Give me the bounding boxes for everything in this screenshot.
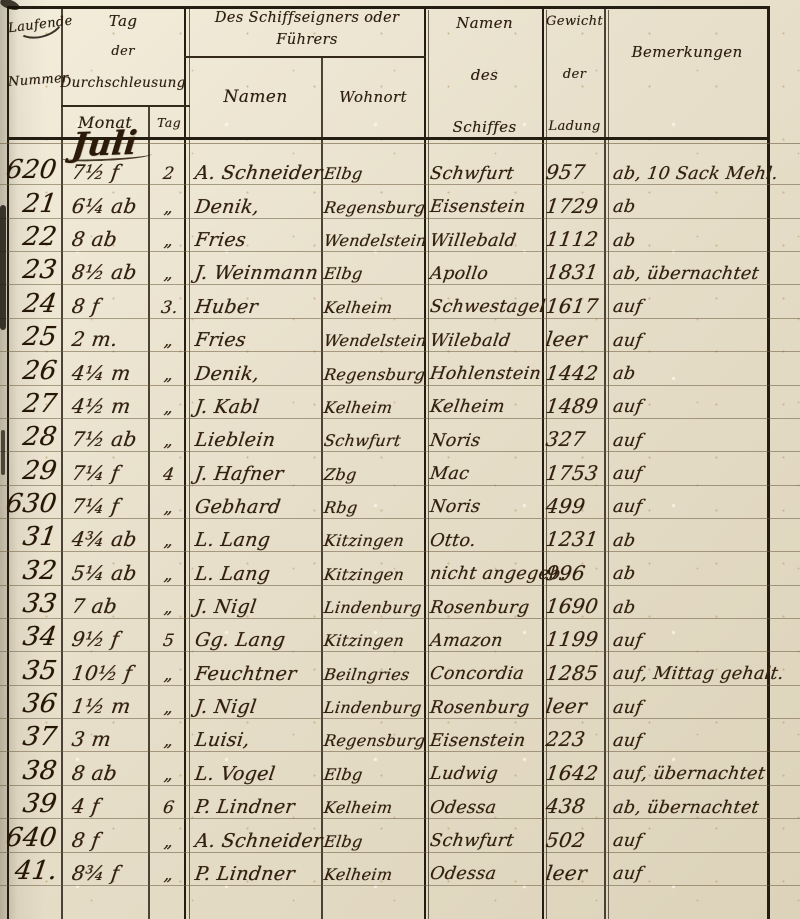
row-number: 24 — [21, 291, 58, 317]
row-time: 5¼ ab — [71, 563, 139, 583]
row-ship-name: Kelheim — [429, 399, 506, 417]
row-day: „ — [163, 500, 174, 517]
row-ship-name: Rosenburg — [429, 700, 531, 718]
row-time: 9½ f — [71, 629, 121, 649]
row-time: 1½ m — [71, 696, 132, 716]
row-ship-name: Noris — [429, 433, 482, 451]
table-row: 32 5¼ ab „ L. Lang Kitzingen nicht angeg… — [0, 552, 800, 585]
header-text: Gewicht — [546, 14, 603, 29]
row-owner-residence: Kelheim — [323, 400, 394, 416]
row-owner-residence: Regensburg — [323, 200, 426, 216]
header-owner-name: Namen — [190, 58, 321, 136]
header-text: Tag — [157, 115, 181, 130]
row-day: „ — [163, 266, 174, 283]
header-text: des — [471, 66, 498, 84]
row-ship-name: Ludwig — [429, 766, 499, 784]
row-cargo-weight: 499 — [545, 496, 587, 516]
row-cargo-weight: leer — [545, 696, 589, 716]
binding-shadow — [0, 205, 6, 330]
row-cargo-weight: 1642 — [545, 763, 600, 783]
row-time: 8 ab — [71, 763, 119, 783]
row-remark: auf — [612, 499, 644, 517]
row-time: 4¼ m — [71, 363, 132, 383]
row-number: 41. — [13, 858, 59, 884]
row-owner-residence: Elbg — [323, 266, 364, 282]
row-ship-name: Hohlenstein — [429, 366, 542, 384]
row-time: 4¾ ab — [71, 529, 139, 549]
header-text: Bemerkungen — [631, 43, 742, 61]
row-day: „ — [163, 600, 174, 617]
row-time: 7¼ f — [71, 496, 121, 516]
row-ship-name: Otto. — [429, 533, 477, 551]
header-day: Tag — [148, 106, 190, 138]
table-row: 28 7½ ab „ Lieblein Schwfurt Noris 327 a… — [0, 419, 800, 452]
row-remark: auf — [612, 433, 644, 451]
row-ship-name: Schwestagel — [429, 299, 547, 317]
table-row: 24 8 f 3. Huber Kelheim Schwestagel 1617… — [0, 285, 800, 318]
row-remark: auf, Mittag gehalt. — [612, 666, 785, 684]
row-owner-residence: Kelheim — [323, 800, 394, 816]
row-number: 29 — [21, 458, 58, 484]
row-day: 2 — [162, 166, 176, 183]
row-cargo-weight: 223 — [545, 729, 587, 749]
row-owner-name: P. Lindner — [194, 798, 296, 817]
grid-line — [7, 6, 769, 9]
row-remark: auf — [612, 633, 644, 651]
row-ship-name: Odessa — [429, 800, 498, 818]
row-owner-name: Gebhard — [194, 498, 282, 517]
header-text: Ladung — [548, 119, 600, 134]
row-owner-name: Huber — [194, 298, 259, 317]
row-owner-name: Lieblein — [194, 431, 277, 450]
table-row: 38 8 ab „ L. Vogel Elbg Ludwig 1642 auf,… — [0, 752, 800, 785]
row-owner-name: J. Kabl — [194, 398, 261, 417]
row-time: 8¾ f — [71, 863, 121, 883]
header-lock-passage-day: Tag der Durchschleusung — [62, 12, 184, 91]
row-day: „ — [163, 700, 174, 717]
row-owner-name: Fries — [194, 231, 248, 250]
row-ship-name: Schwfurt — [429, 833, 515, 851]
row-cargo-weight: 1753 — [545, 463, 600, 483]
row-day: 5 — [162, 633, 176, 650]
row-ship-name: Odessa — [429, 866, 498, 884]
row-owner-residence: Kelheim — [323, 867, 394, 883]
row-ship-name: Concordia — [429, 666, 525, 684]
row-owner-name: L. Lang — [194, 565, 272, 584]
row-remark: auf — [612, 866, 644, 884]
row-cargo-weight: 1199 — [545, 629, 600, 649]
row-day: „ — [163, 834, 174, 851]
row-remark: auf — [612, 299, 644, 317]
row-ship-name: Willebald — [429, 233, 517, 251]
row-cargo-weight: 1231 — [545, 529, 600, 549]
row-ship-name: Mac — [429, 466, 471, 484]
row-day: „ — [163, 667, 174, 684]
table-row: 21 6¼ ab „ Denik, Regensburg Eisenstein … — [0, 185, 800, 218]
row-number: 28 — [21, 424, 58, 450]
row-time: 8 f — [71, 296, 101, 316]
row-owner-name: Feuchtner — [194, 665, 298, 684]
row-ship-name: Rosenburg — [429, 600, 531, 618]
row-number: 21 — [21, 191, 58, 217]
row-day: „ — [163, 733, 174, 750]
row-ship-name: Eisenstein — [429, 733, 527, 751]
header-cargo-weight: Gewicht der Ladung — [544, 14, 605, 134]
table-row: 31 4¾ ab „ L. Lang Kitzingen Otto. 1231 … — [0, 519, 800, 552]
table-row: 41. 8¾ f „ P. Lindner Kelheim Odessa lee… — [0, 853, 800, 886]
row-number: 36 — [21, 691, 58, 717]
row-ship-name: Apollo — [429, 266, 489, 284]
header-remarks: Bemerkungen — [606, 34, 768, 70]
table-row: 39 4 f 6 P. Lindner Kelheim Odessa 438 a… — [0, 786, 800, 819]
row-number: 22 — [21, 224, 58, 250]
row-owner-residence: Elbg — [323, 166, 364, 182]
row-owner-name: P. Lindner — [194, 865, 296, 884]
row-day: 4 — [162, 467, 176, 484]
row-day: „ — [163, 567, 174, 584]
row-remark: ab, 10 Sack Mehl. — [612, 166, 779, 184]
header-text: Führers — [190, 32, 424, 48]
row-number: 620 — [5, 157, 59, 183]
row-time: 7 ab — [71, 596, 119, 616]
row-time: 10½ f — [71, 663, 134, 683]
row-remark: auf — [612, 399, 644, 417]
row-number: 39 — [21, 791, 58, 817]
header-text: Nummer — [8, 71, 62, 90]
table-row: 33 7 ab „ J. Nigl Lindenburg Rosenburg 1… — [0, 586, 800, 619]
row-remark: auf — [612, 700, 644, 718]
header-text: Namen — [456, 14, 513, 32]
table-row: 26 4¼ m „ Denik, Regensburg Hohlenstein … — [0, 352, 800, 385]
row-owner-residence: Regensburg — [323, 367, 426, 383]
row-owner-residence: Lindenburg — [323, 600, 423, 616]
row-day: „ — [163, 433, 174, 450]
row-time: 8½ ab — [71, 262, 139, 282]
row-number: 38 — [21, 758, 58, 784]
row-cargo-weight: 1617 — [545, 296, 600, 316]
row-owner-name: Fries — [194, 331, 248, 350]
row-remark: ab, übernachtet — [612, 800, 760, 818]
row-owner-name: A. Schneider — [194, 832, 324, 851]
row-number: 34 — [21, 624, 58, 650]
table-row: 37 3 m „ Luisi, Regensburg Eisenstein 22… — [0, 719, 800, 752]
row-owner-name: L. Lang — [194, 531, 272, 550]
row-owner-name: J. Nigl — [194, 598, 258, 617]
row-time: 8 f — [71, 830, 101, 850]
row-ship-name: Noris — [429, 499, 482, 517]
row-owner-residence: Regensburg — [323, 733, 426, 749]
table-row: 630 7¼ f „ Gebhard Rbg Noris 499 auf — [0, 486, 800, 519]
row-day: „ — [163, 200, 174, 217]
row-cargo-weight: 1729 — [545, 196, 600, 216]
row-remark: auf — [612, 333, 644, 351]
row-remark: ab — [612, 199, 637, 217]
row-remark: auf — [612, 466, 644, 484]
row-day: 6 — [162, 800, 176, 817]
row-time: 7½ f — [71, 162, 121, 182]
row-owner-name: Denik, — [194, 198, 261, 217]
header-text: Des Schiffseigners oder — [190, 10, 424, 26]
row-cargo-weight: 1442 — [545, 363, 600, 383]
month-label: Juli — [70, 123, 139, 164]
row-time: 6¼ ab — [71, 196, 139, 216]
row-cargo-weight: 1112 — [545, 229, 600, 249]
row-cargo-weight: 327 — [545, 429, 587, 449]
row-number: 26 — [21, 358, 58, 384]
row-cargo-weight: 1285 — [545, 663, 600, 683]
table-row: 27 4½ m „ J. Kabl Kelheim Kelheim 1489 a… — [0, 386, 800, 419]
table-row: 34 9½ f 5 Gg. Lang Kitzingen Amazon 1199… — [0, 619, 800, 652]
row-time: 2 m. — [71, 329, 119, 349]
row-day: 3. — [159, 300, 178, 317]
row-owner-residence: Beilngries — [323, 667, 411, 683]
table-row: 29 7¼ f 4 J. Hafner Zbg Mac 1753 auf — [0, 452, 800, 485]
row-ship-name: Schwfurt — [429, 166, 515, 184]
row-cargo-weight: 1489 — [545, 396, 600, 416]
row-cargo-weight: 502 — [545, 830, 587, 850]
row-owner-residence: Lindenburg — [323, 700, 423, 716]
row-number: 23 — [21, 257, 58, 283]
row-time: 4½ m — [71, 396, 132, 416]
row-day: „ — [163, 233, 174, 250]
row-remark: auf — [612, 733, 644, 751]
row-number: 32 — [21, 558, 58, 584]
ledger-page: Laufende Nummer Tag der Durchschleusung … — [0, 0, 800, 919]
row-owner-residence: Elbg — [323, 767, 364, 783]
row-owner-name: A. Schneider — [194, 164, 324, 183]
row-owner-residence: Wendelstein — [323, 333, 428, 349]
row-cargo-weight: 1831 — [545, 262, 600, 282]
row-owner-name: L. Vogel — [194, 765, 277, 784]
row-remark: ab — [612, 366, 637, 384]
row-owner-residence: Wendelstein — [323, 233, 428, 249]
header-text: Wohnort — [339, 88, 407, 106]
row-cargo-weight: 996 — [545, 563, 587, 583]
row-day: „ — [163, 533, 174, 550]
row-cargo-weight: 957 — [545, 162, 587, 182]
row-remark: ab — [612, 533, 637, 551]
row-number: 31 — [21, 524, 58, 550]
header-owner-residence: Wohnort — [321, 58, 425, 136]
row-remark: ab — [612, 233, 637, 251]
row-number: 630 — [5, 491, 59, 517]
binding-shadow — [1, 430, 5, 475]
row-day: „ — [163, 400, 174, 417]
row-owner-residence: Rbg — [323, 500, 359, 516]
row-remark: ab — [612, 600, 637, 618]
row-ship-name: Wilebald — [429, 333, 512, 351]
row-day: „ — [163, 867, 174, 884]
header-text: Durchschleusung — [60, 75, 185, 91]
header-text: Schiffes — [452, 118, 516, 136]
row-time: 8 ab — [71, 229, 119, 249]
table-row: 23 8½ ab „ J. Weinmann Elbg Apollo 1831 … — [0, 252, 800, 285]
row-remark: ab — [612, 566, 637, 584]
row-time: 7¼ f — [71, 463, 121, 483]
row-day: „ — [163, 333, 174, 350]
row-cargo-weight: 1690 — [545, 596, 600, 616]
row-owner-name: Denik, — [194, 365, 261, 384]
row-number: 35 — [21, 658, 58, 684]
row-owner-name: J. Weinmann — [194, 264, 320, 283]
table-row: 22 8 ab „ Fries Wendelstein Willebald 11… — [0, 219, 800, 252]
table-row: 36 1½ m „ J. Nigl Lindenburg Rosenburg l… — [0, 686, 800, 719]
ledger-rows: 620 7½ f 2 A. Schneider Elbg Schwfurt 95… — [0, 152, 800, 886]
row-owner-name: Luisi, — [194, 731, 251, 750]
header-text: Tag — [109, 12, 138, 30]
row-ship-name: Amazon — [429, 633, 504, 651]
row-owner-residence: Kitzingen — [323, 567, 405, 583]
row-day: „ — [163, 767, 174, 784]
row-number: 37 — [21, 724, 58, 750]
header-text: der — [111, 44, 134, 59]
row-time: 3 m — [71, 729, 113, 749]
row-owner-residence: Elbg — [323, 834, 364, 850]
row-number: 33 — [21, 591, 58, 617]
row-owner-residence: Kitzingen — [323, 633, 405, 649]
table-row: 35 10½ f „ Feuchtner Beilngries Concordi… — [0, 652, 800, 685]
row-remark: auf, übernachtet — [612, 766, 766, 784]
table-row: 25 2 m. „ Fries Wendelstein Wilebald lee… — [0, 319, 800, 352]
row-cargo-weight: leer — [545, 329, 589, 349]
row-time: 4 f — [71, 796, 101, 816]
row-owner-name: J. Hafner — [194, 465, 285, 484]
row-number: 25 — [21, 324, 58, 350]
row-owner-residence: Kitzingen — [323, 533, 405, 549]
table-row: 640 8 f „ A. Schneider Elbg Schwfurt 502… — [0, 819, 800, 852]
row-cargo-weight: leer — [545, 863, 589, 883]
row-day: „ — [163, 367, 174, 384]
row-number: 27 — [21, 391, 58, 417]
row-owner-residence: Schwfurt — [323, 433, 402, 449]
row-owner-name: Gg. Lang — [194, 631, 287, 650]
row-number: 640 — [5, 825, 59, 851]
header-text: Namen — [223, 87, 287, 107]
row-owner-name: J. Nigl — [194, 698, 258, 717]
row-time: 7½ ab — [71, 429, 139, 449]
row-owner-residence: Kelheim — [323, 300, 394, 316]
header-ship-name: Namen des Schiffes — [426, 14, 543, 136]
row-ship-name: Eisenstein — [429, 199, 527, 217]
row-cargo-weight: 438 — [545, 796, 587, 816]
row-remark: auf — [612, 833, 644, 851]
row-owner-residence: Zbg — [323, 467, 358, 483]
header-text: der — [563, 67, 586, 82]
header-ship-owner: Des Schiffseigners oder Führers — [190, 10, 424, 48]
row-remark: ab, übernachtet — [612, 266, 760, 284]
